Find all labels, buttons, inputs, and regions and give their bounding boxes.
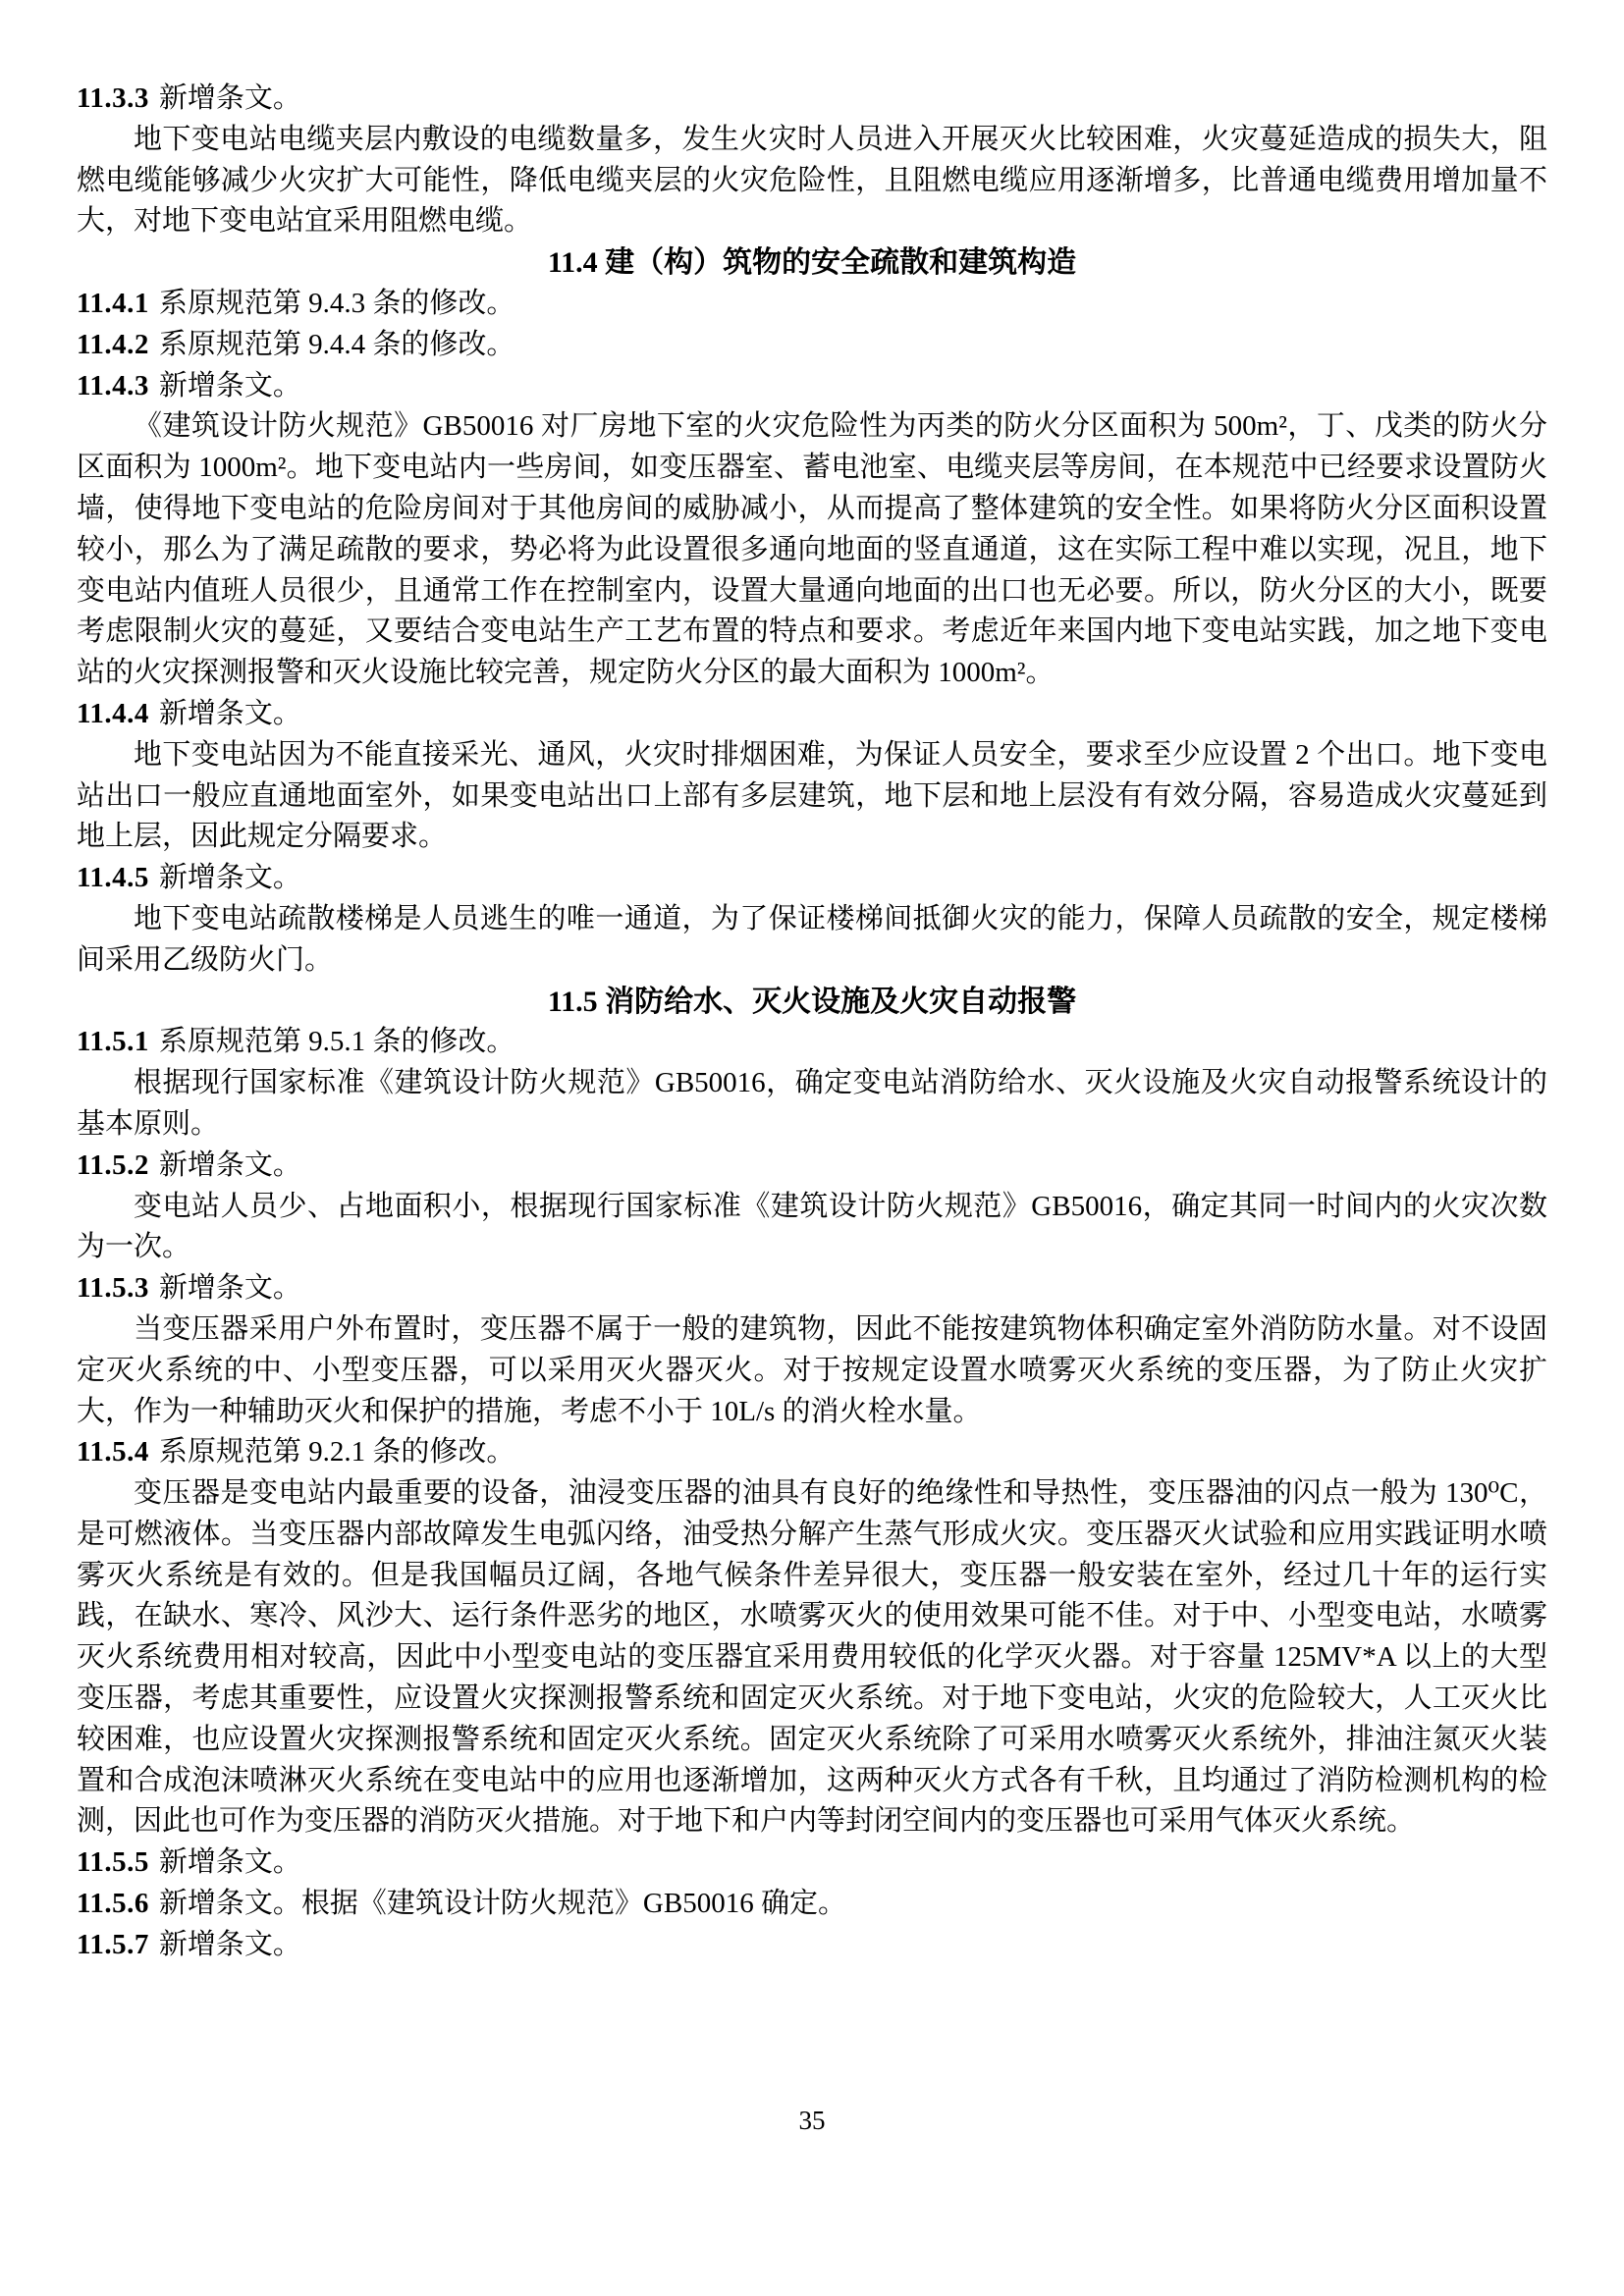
clause: 11.4.2系原规范第 9.4.4 条的修改。 bbox=[77, 325, 1547, 366]
page-footer: 35 bbox=[0, 2103, 1624, 2138]
clause-text: 新增条文。 bbox=[159, 862, 301, 893]
clause-text: 新增条文。 bbox=[159, 698, 301, 729]
paragraph: 地下变电站电缆夹层内敷设的电缆数量多，发生火灾时人员进入开展灭火比较困难，火灾蔓… bbox=[77, 120, 1547, 242]
document-page: 11.3.3新增条文。地下变电站电缆夹层内敷设的电缆数量多，发生火灾时人员进入开… bbox=[0, 0, 1624, 2296]
clause: 11.5.6新增条文。根据《建筑设计防火规范》GB50016 确定。 bbox=[77, 1884, 1547, 1925]
clause-text: 新增条文。 bbox=[159, 1846, 301, 1878]
clause-number: 11.4.3 bbox=[77, 370, 149, 401]
clause-text: 新增条文。 bbox=[159, 82, 301, 114]
clause-number: 11.5.7 bbox=[77, 1929, 149, 1960]
clause-number: 11.5.4 bbox=[77, 1436, 149, 1468]
clause-number: 11.4.5 bbox=[77, 862, 149, 893]
clause-number: 11.5.6 bbox=[77, 1888, 149, 1919]
clause: 11.5.4系原规范第 9.2.1 条的修改。 bbox=[77, 1432, 1547, 1473]
clause-text: 新增条文。 bbox=[159, 370, 301, 401]
clause: 11.4.3新增条文。 bbox=[77, 366, 1547, 407]
clause: 11.5.1系原规范第 9.5.1 条的修改。 bbox=[77, 1022, 1547, 1063]
clause: 11.5.3新增条文。 bbox=[77, 1268, 1547, 1309]
clause: 11.5.7新增条文。 bbox=[77, 1925, 1547, 1966]
clause-number: 11.5.2 bbox=[77, 1149, 149, 1181]
clause-text: 新增条文。 bbox=[159, 1272, 301, 1304]
paragraph: 根据现行国家标准《建筑设计防火规范》GB50016，确定变电站消防给水、灭火设施… bbox=[77, 1063, 1547, 1146]
clause: 11.3.3新增条文。 bbox=[77, 79, 1547, 120]
clause-number: 11.3.3 bbox=[77, 82, 149, 114]
clause-text: 新增条文。根据《建筑设计防火规范》GB50016 确定。 bbox=[159, 1888, 846, 1919]
paragraph: 《建筑设计防火规范》GB50016 对厂房地下室的火灾危险性为丙类的防火分区面积… bbox=[77, 406, 1547, 694]
clause-number: 11.4.1 bbox=[77, 288, 149, 319]
page-number: 35 bbox=[799, 2106, 826, 2135]
paragraph: 变压器是变电站内最重要的设备，油浸变压器的油具有良好的绝缘性和导热性，变压器油的… bbox=[77, 1473, 1547, 1842]
clause-number: 11.5.1 bbox=[77, 1026, 149, 1057]
clause-text: 系原规范第 9.2.1 条的修改。 bbox=[159, 1436, 515, 1468]
clause: 11.4.5新增条文。 bbox=[77, 858, 1547, 899]
document-body: 11.3.3新增条文。地下变电站电缆夹层内敷设的电缆数量多，发生火灾时人员进入开… bbox=[77, 79, 1547, 1966]
section-heading: 11.4 建（构）筑物的安全疏散和建筑构造 bbox=[77, 242, 1547, 284]
clause-text: 新增条文。 bbox=[159, 1929, 301, 1960]
clause: 11.5.2新增条文。 bbox=[77, 1146, 1547, 1187]
paragraph: 地下变电站疏散楼梯是人员逃生的唯一通道，为了保证楼梯间抵御火灾的能力，保障人员疏… bbox=[77, 899, 1547, 982]
clause-text: 系原规范第 9.4.4 条的修改。 bbox=[159, 329, 515, 360]
clause-number: 11.5.3 bbox=[77, 1272, 149, 1304]
paragraph: 变电站人员少、占地面积小，根据现行国家标准《建筑设计防火规范》GB50016，确… bbox=[77, 1187, 1547, 1269]
clause: 11.4.4新增条文。 bbox=[77, 694, 1547, 735]
section-heading: 11.5 消防给水、灭火设施及火灾自动报警 bbox=[77, 982, 1547, 1023]
clause: 11.5.5新增条文。 bbox=[77, 1842, 1547, 1884]
paragraph: 当变压器采用户外布置时，变压器不属于一般的建筑物，因此不能按建筑物体积确定室外消… bbox=[77, 1309, 1547, 1432]
clause: 11.4.1系原规范第 9.4.3 条的修改。 bbox=[77, 284, 1547, 325]
clause-number: 11.4.4 bbox=[77, 698, 149, 729]
clause-text: 系原规范第 9.4.3 条的修改。 bbox=[159, 288, 515, 319]
paragraph: 地下变电站因为不能直接采光、通风，火灾时排烟困难，为保证人员安全，要求至少应设置… bbox=[77, 735, 1547, 858]
clause-text: 新增条文。 bbox=[159, 1149, 301, 1181]
clause-text: 系原规范第 9.5.1 条的修改。 bbox=[159, 1026, 515, 1057]
clause-number: 11.4.2 bbox=[77, 329, 149, 360]
clause-number: 11.5.5 bbox=[77, 1846, 149, 1878]
